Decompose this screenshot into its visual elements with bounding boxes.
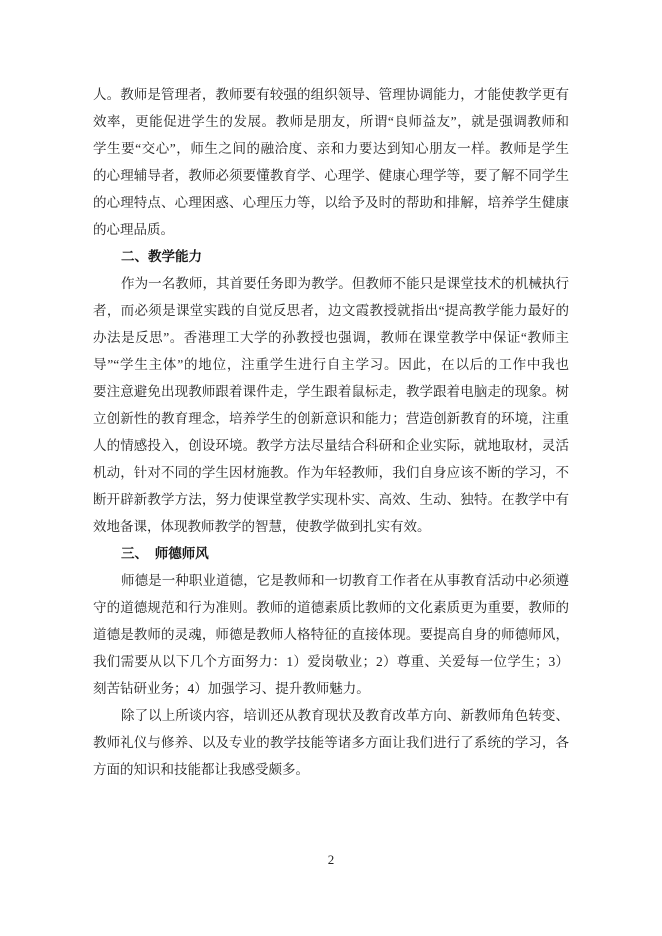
text-line: 学生要“交心”，师生之间的融洽度、亲和力要达到知心朋友一样。教师是学生 [93, 135, 569, 162]
text-line: 的心理辅导者，教师必须要懂教育学、心理学、健康心理学等，要了解不同学生 [93, 162, 569, 189]
text-line: 人。教师是管理者，教师要有较强的组织领导、管理协调能力，才能使教学更有 [93, 81, 569, 108]
text-line: 我们需要从以下几个方面努力：1）爱岗敬业；2）尊重、关爱每一位学生；3） [93, 648, 569, 675]
text-line: 机动，针对不同的学生因材施教。作为年轻教师，我们自身应该不断的学习，不 [93, 459, 569, 486]
text-line: 的心理特点、心理困惑、心理压力等，以给予及时的帮助和排解，培养学生健康 [93, 189, 569, 216]
text-line: 效地备课，体现教师教学的智慧，使教学做到扎实有效。 [93, 513, 569, 540]
text-line: 作为一名教师，其首要任务即为教学。但教师不能只是课堂技术的机械执行 [93, 270, 569, 297]
text-line: 刻苦钻研业务；4）加强学习、提升教师魅力。 [93, 675, 569, 702]
document-body: 人。教师是管理者，教师要有较强的组织领导、管理协调能力，才能使教学更有效率，更能… [93, 81, 569, 783]
text-line: 的心理品质。 [93, 216, 569, 243]
text-line: 办法是反思”。香港理工大学的孙教授也强调，教师在课堂教学中保证“教师主 [93, 324, 569, 351]
text-line: 方面的知识和技能都让我感受颇多。 [93, 756, 569, 783]
section-heading: 三、 师德师风 [93, 540, 569, 567]
text-line: 导”“学生主体”的地位，注重学生进行自主学习。因此，在以后的工作中我也 [93, 351, 569, 378]
text-line: 人的情感投入，创设环境。教学方法尽量结合科研和企业实际，就地取材，灵活 [93, 432, 569, 459]
page-number: 2 [328, 852, 335, 867]
text-line: 教师礼仪与修养、以及专业的教学技能等诸多方面让我们进行了系统的学习，各 [93, 729, 569, 756]
text-line: 立创新性的教育理念，培养学生的创新意识和能力；营造创新教育的环境，注重 [93, 405, 569, 432]
text-line: 除了以上所谈内容，培训还从教育现状及教育改革方向、新教师角色转变、 [93, 702, 569, 729]
text-line: 道德是教师的灵魂，师德是教师人格特征的直接体现。要提高自身的师德师风， [93, 621, 569, 648]
text-line: 守的道德规范和行为准则。教师的道德素质比教师的文化素质更为重要，教师的 [93, 594, 569, 621]
text-line: 师德是一种职业道德，它是教师和一切教育工作者在从事教育活动中必须遵 [93, 567, 569, 594]
document-page: 人。教师是管理者，教师要有较强的组织领导、管理协调能力，才能使教学更有效率，更能… [0, 0, 662, 936]
text-line: 效率，更能促进学生的发展。教师是朋友，所谓“良师益友”，就是强调教师和 [93, 108, 569, 135]
text-line: 断开辟新教学方法，努力使课堂教学实现朴实、高效、生动、独特。在教学中有 [93, 486, 569, 513]
section-heading: 二、教学能力 [93, 243, 569, 270]
text-line: 者，而必须是课堂实践的自觉反思者，边文霞教授就指出“提高教学能力最好的 [93, 297, 569, 324]
page-footer: 2 [0, 846, 662, 873]
text-line: 要注意避免出现教师跟着课件走，学生跟着鼠标走，教学跟着电脑走的现象。树 [93, 378, 569, 405]
